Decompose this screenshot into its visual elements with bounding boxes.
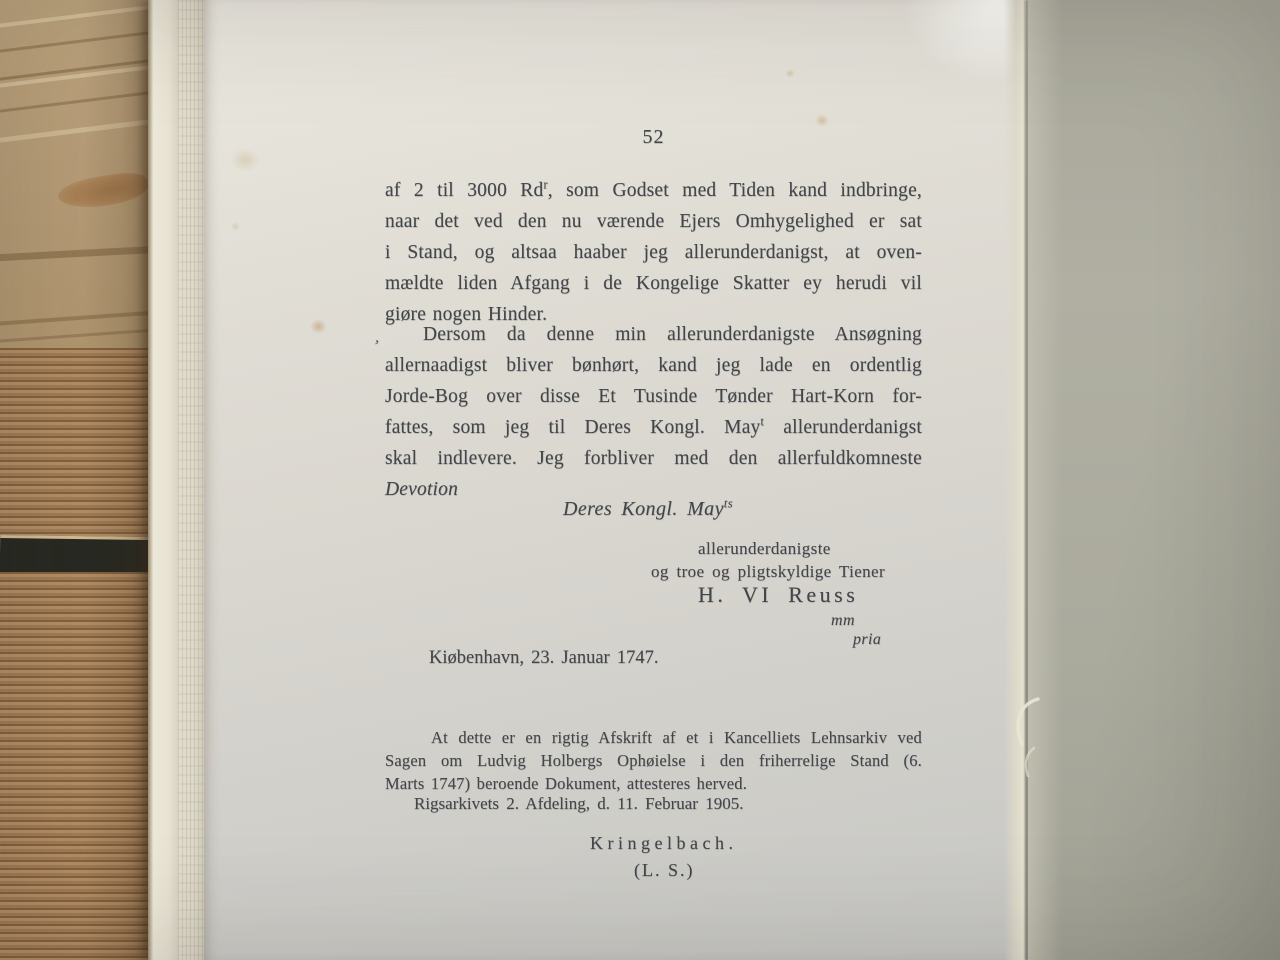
wood-plank-ridged [0,572,152,960]
book-cover-edge [148,0,178,960]
signer-name-kringelbach: Kringelbach. [590,833,737,854]
text-line: mældte liden Afgang i de Kongelige Skatt… [385,268,922,299]
wood-grain-streak [0,89,152,115]
wooden-table-surface [0,0,152,960]
attestation-paragraph: At dette er en rigtig Afskrift af et i K… [385,726,922,795]
foxing-stain [230,148,260,172]
wood-grain-streak [0,3,152,30]
page-stack-fore-edge [178,0,206,960]
page-curl [1004,696,1060,792]
right-page [1028,0,1280,960]
signature-line-2: og troe og pligtskyldige Tiener [651,562,885,582]
text-line: allernaadigst bliver bønhørt, kand jeg l… [385,350,922,381]
text-line: Sagen om Ludvig Holbergs Ophøielse i den… [385,749,922,772]
signature-note-1: mm [831,612,855,630]
dateline: Kiøbenhavn, 23. Januar 1747. [429,648,658,669]
text-line: skal indlevere. Jeg forbliver med den al… [385,443,922,474]
wood-grain-streak [0,310,152,327]
seal-mark: (L. S.) [634,860,695,881]
signature-salutation: Deres Kongl. Mayts [563,498,733,521]
wood-grain-streak [0,245,152,262]
wood-plank-smooth [0,0,152,348]
wood-grain-streak [0,328,152,344]
foxing-stain [231,222,240,231]
text-line: Dersom da denne min allerunderdanigste A… [385,319,922,350]
wood-plank-ridged [0,348,152,538]
body-paragraph-2: Dersom da denne min allerunderdanigste A… [385,319,922,505]
text-line: At dette er en rigtig Afskrift af et i K… [385,726,922,749]
signer-name-reuss: H. VI Reuss [698,582,858,608]
left-page: 52 af 2 til 3000 Rdr, som Godset med Tid… [204,0,1028,960]
text-line: fattes, som jeg til Deres Kongl. Mayt al… [385,412,922,443]
wood-grain-streak [0,29,152,55]
archive-line: Rigsarkivets 2. Afdeling, d. 11. Februar… [414,794,743,814]
signature-note-2: pria [853,631,881,649]
page-number: 52 [385,126,922,149]
foxing-stain [310,319,327,334]
wood-knot [56,169,150,213]
text-line: af 2 til 3000 Rdr, som Godset med Tiden … [385,175,922,206]
wood-grain-streak [0,117,152,145]
foxing-stain [785,69,795,78]
photo-open-book-on-table: 52 af 2 til 3000 Rdr, som Godset med Tid… [0,0,1280,960]
text-line: i Stand, og altsaa haaber jeg allerunder… [385,237,922,268]
stray-ink-mark: , [374,327,382,347]
text-line: Marts 1747) beroende Dokument, attestere… [385,772,922,795]
text-line: naar det ved den nu værende Ejers Omhyge… [385,206,922,237]
superscript: ts [724,496,733,510]
page-edge-highlight [1004,0,1025,960]
body-paragraph-1: af 2 til 3000 Rdr, som Godset med Tiden … [385,175,922,330]
signature-line-1: allerunderdanigste [698,539,831,559]
text-line: Jorde-Bog over disse Et Tusinde Tønder H… [385,381,922,412]
